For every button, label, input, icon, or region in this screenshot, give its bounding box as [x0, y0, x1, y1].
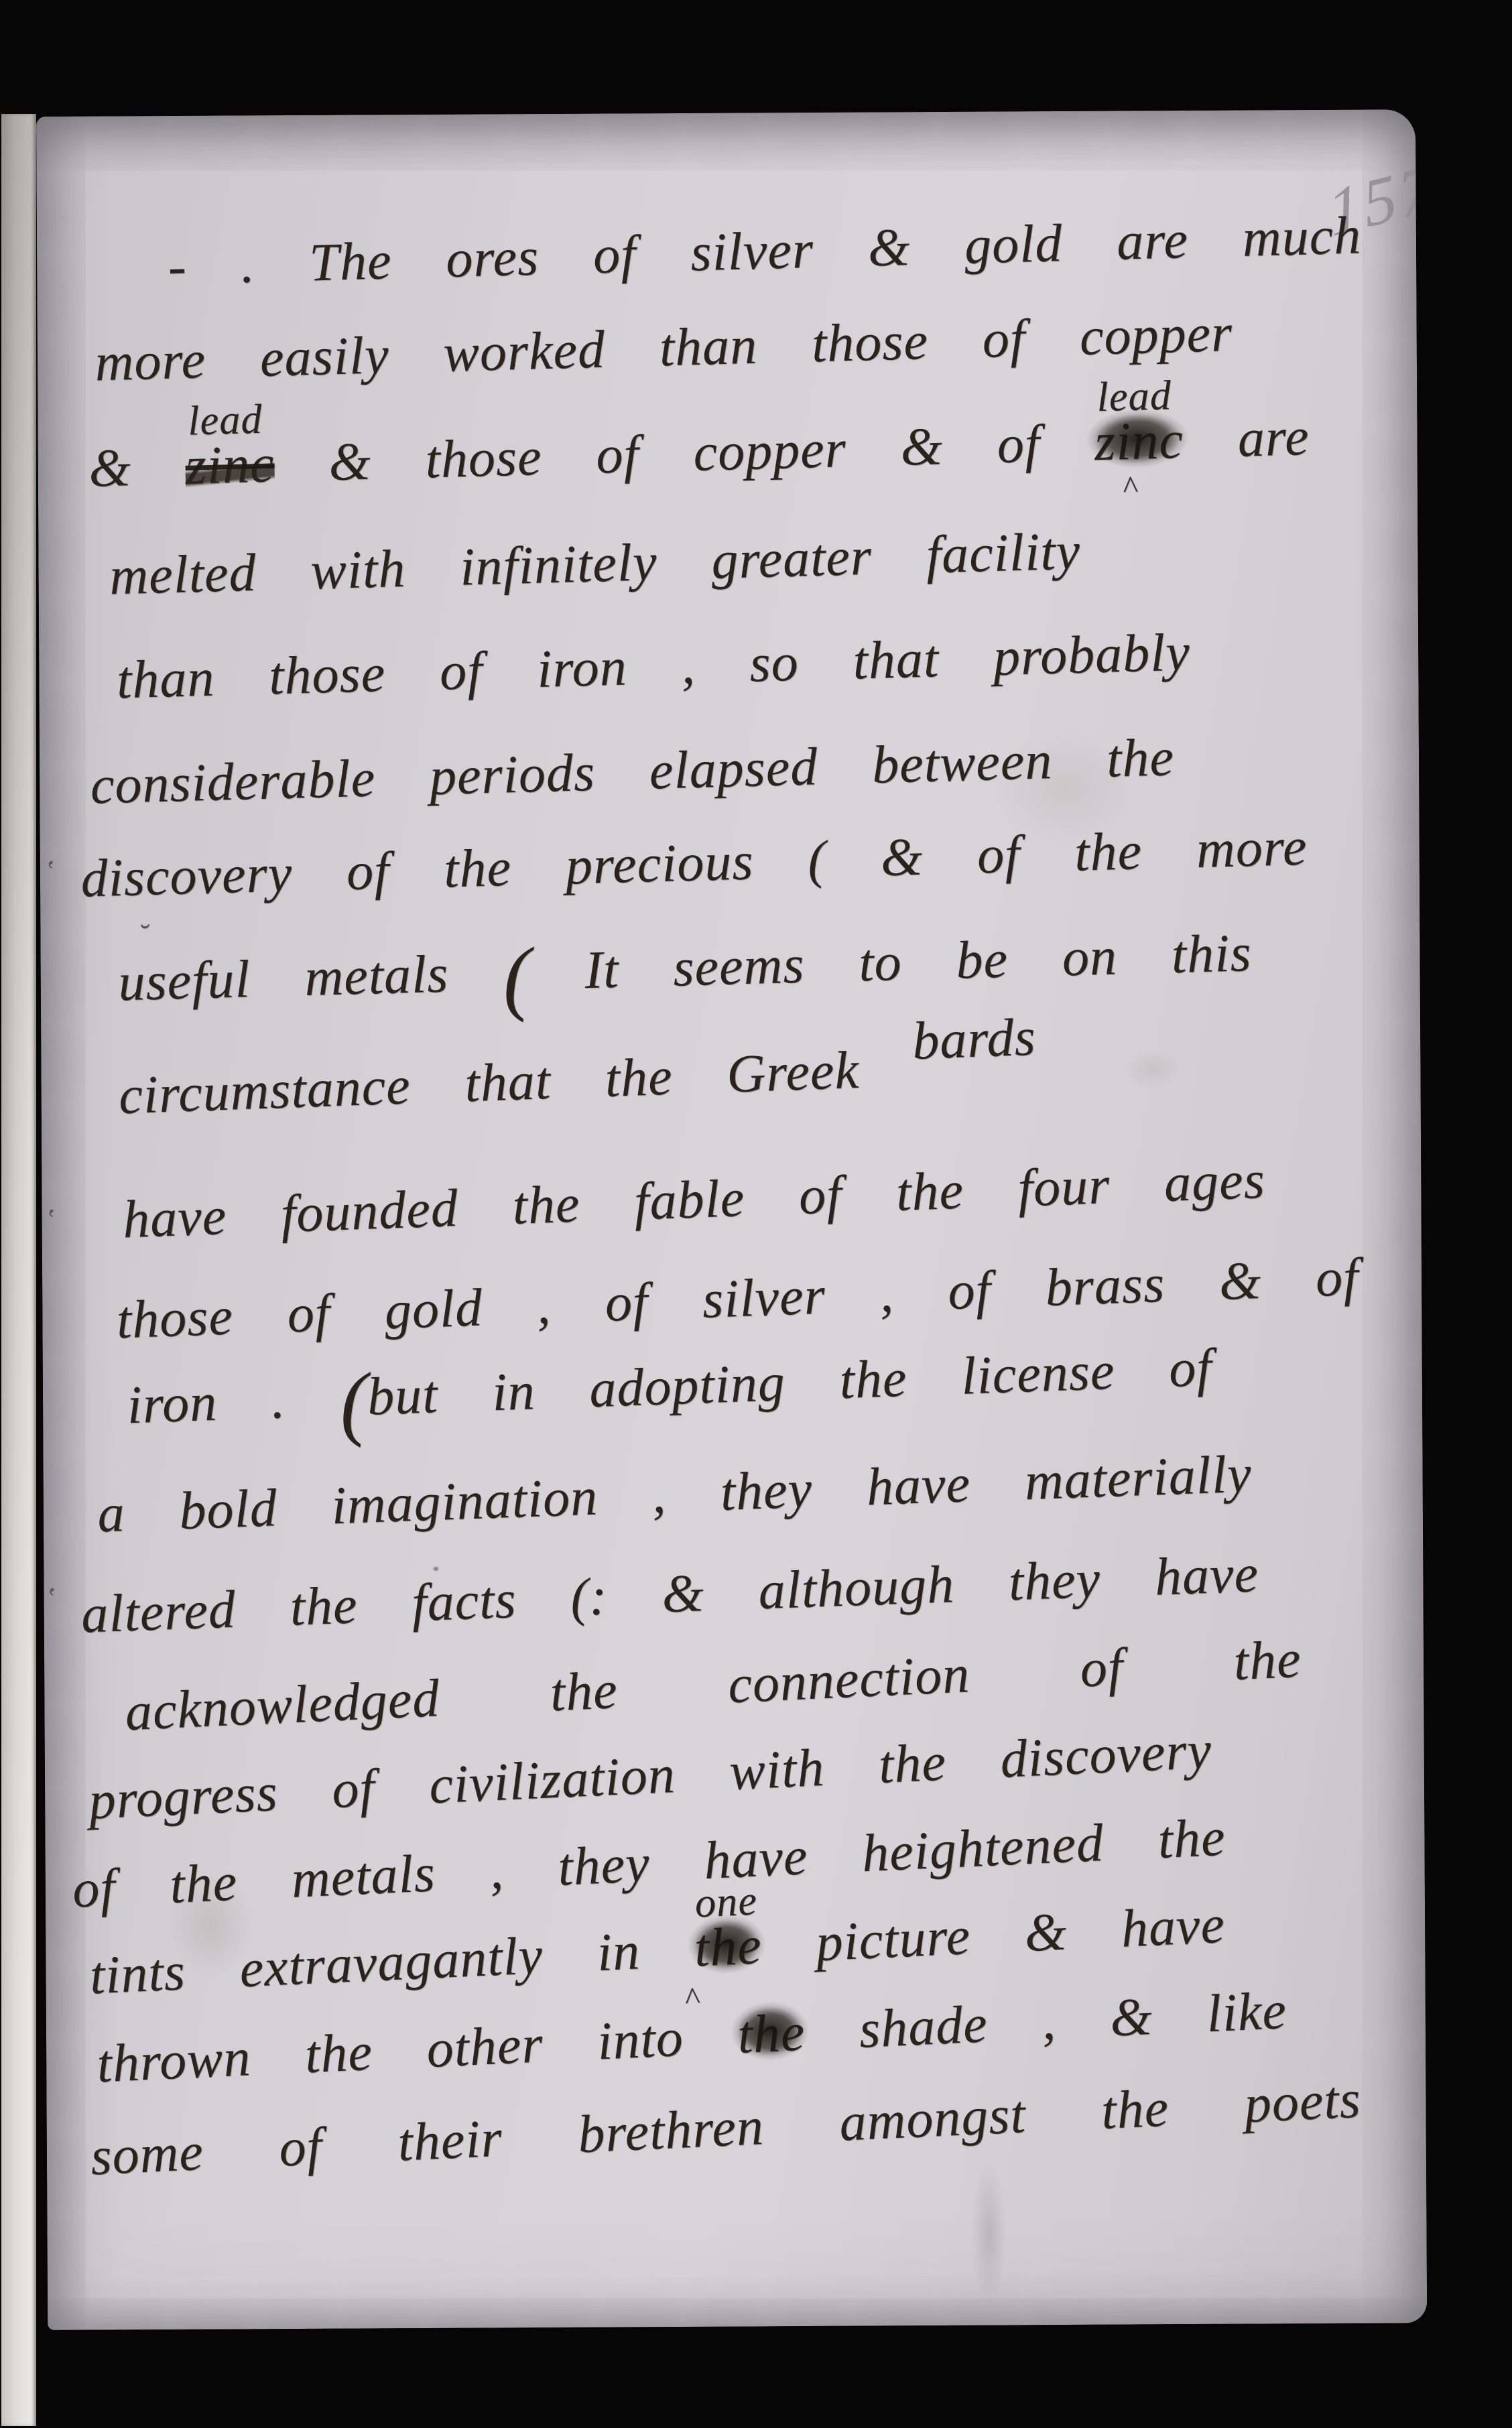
handwritten-text: - . The ores of silver & gold are much [168, 206, 1363, 296]
corrected-word: leadzinc [184, 413, 276, 516]
manuscript-text: - . The ores of silver & gold are much m… [44, 210, 1415, 2208]
blotted-word: zinc [1094, 411, 1184, 472]
handwritten-text: are [1183, 407, 1310, 470]
marked-word: ˘useful [117, 929, 251, 1033]
book-fore-edge [1, 114, 36, 2426]
handwritten-text: considerable periods elapsed between the [90, 728, 1175, 815]
handwritten-text: metals [249, 943, 503, 1009]
parenthesis-mark: ( [338, 1356, 369, 1448]
handwritten-text: shade , & like [804, 1981, 1288, 2062]
blotted-word: the [693, 1916, 763, 1978]
inserted-word: lead [187, 398, 263, 442]
handwritten-text: thrown the other into [96, 2006, 739, 2094]
handwritten-text: picture & have [761, 1895, 1226, 1975]
parenthesis-mark: ( [502, 931, 532, 1023]
corrected-word: leadzinc^ [1093, 390, 1185, 493]
manuscript-page: 157 ‛ ‛ ‛ - . The ores of silver & gold … [36, 109, 1427, 2330]
blotted-word: the [736, 2003, 806, 2065]
handwritten-text: & those of copper & of [273, 413, 1095, 493]
handwritten-text: circumstance that the Greek [118, 1039, 915, 1125]
handwritten-text: melted with infinitely greater facility [109, 522, 1081, 606]
handwritten-text: but in adopting the license of [367, 1338, 1213, 1427]
handwritten-text: more easily worked than those of copper [94, 304, 1233, 392]
breve-mark: ˘ [138, 920, 149, 950]
corrected-word: the [735, 1982, 807, 2086]
handwritten-text: a bold imagination , they have materiall… [97, 1444, 1253, 1543]
handwritten-text: & [88, 437, 186, 499]
handwritten-text: bards [911, 1008, 1037, 1071]
handwritten-text: iron . [126, 1368, 340, 1435]
handwritten-text: useful [117, 950, 251, 1012]
struck-word: zinc [184, 434, 275, 495]
handwritten-text: It seems to be on this [529, 923, 1252, 1001]
handwritten-text: discovery of the precious ( & of the mor… [80, 818, 1308, 909]
handwritten-text: than those of iron , so that probably [116, 623, 1191, 710]
corrected-word: onethe^ [692, 1895, 763, 1998]
handwritten-text: have founded the fable of the four ages [122, 1151, 1266, 1249]
